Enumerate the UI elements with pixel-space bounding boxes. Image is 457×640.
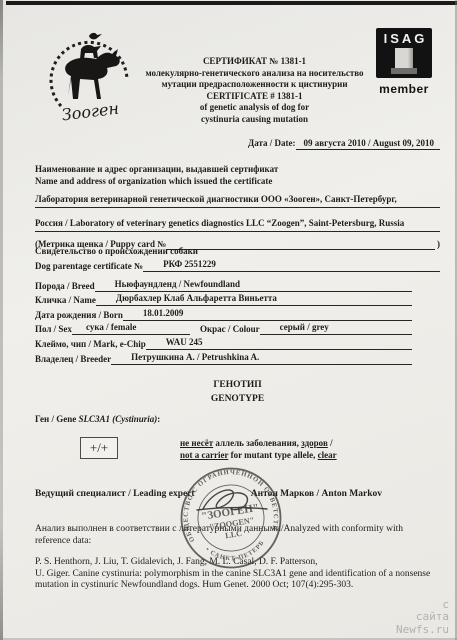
scan-edge-top: [6, 1, 457, 5]
result-en-underlined-2: clear: [318, 450, 337, 460]
sex-label: Пол / Sex: [35, 324, 72, 335]
parentage-label: Dog parentage certificate №: [35, 261, 143, 272]
zoogen-logo-icon: Зооген: [35, 20, 141, 124]
name-label: Кличка / Name: [35, 295, 96, 306]
parentage-value: РКФ 2551229: [143, 259, 440, 272]
parentage-heading-ru: Свидетельство о происхождении собаки: [35, 246, 440, 258]
genotype-result-row: +/+ не несёт аллель заболевания, здоров …: [35, 437, 440, 461]
colour-value: серый / grey: [260, 322, 412, 335]
horse-silhouette: [65, 49, 120, 99]
org-heading-en: Name and address of organization which i…: [35, 176, 440, 188]
isag-acronym: ISAG: [376, 31, 432, 46]
born-row: Дата рождения / Born 18.01.2009: [35, 306, 412, 321]
isag-badge-icon: ISAG: [376, 28, 432, 78]
organization-section: Наименование и адрес организации, выдавш…: [35, 164, 440, 250]
dog-info-section: Порода / Breed Ньюфаундленд / Newfoundla…: [35, 277, 412, 365]
breeder-row: Владелец / Breeder Петрушкина А. / Petru…: [35, 350, 412, 365]
date-value: 09 августа 2010 / August 09, 2010: [296, 138, 440, 150]
title-line-ru-1: СЕРТИФИКАТ № 1381-1: [141, 56, 368, 68]
bird-silhouette: [89, 33, 102, 40]
scan-edge-left: [0, 0, 3, 640]
genotype-heading-ru: ГЕНОТИП: [35, 380, 440, 390]
sex-value: сука / female: [72, 322, 190, 335]
date-label: Дата / Date:: [248, 138, 295, 150]
org-heading-ru: Наименование и адрес организации, выдавш…: [35, 164, 440, 176]
certificate-title: СЕРТИФИКАТ № 1381-1 молекулярно-генетиче…: [141, 56, 368, 125]
name-row: Кличка / Name Дюрбахлер Клаб Альфаретта …: [35, 292, 412, 307]
watermark-line-3: Newfs.ru: [396, 624, 449, 637]
sex-colour-row: Пол / Sex сука / female Окрас / Colour с…: [35, 321, 412, 336]
gene-line: Ген / Gene SLC3A1 (Cystinuria):: [35, 414, 440, 424]
stamp-center-line-3: LLC: [225, 529, 243, 541]
genotype-heading-en: GENOTYPE: [35, 394, 440, 404]
genotype-result-box: +/+: [80, 437, 118, 459]
parentage-section: Свидетельство о происхождении собаки Dog…: [35, 246, 440, 272]
name-value: Дюрбахлер Клаб Альфаретта Виньетта: [96, 293, 412, 306]
born-label: Дата рождения / Born: [35, 310, 123, 321]
certificate-header: Зооген СЕРТИФИКАТ № 1381-1 молекулярно-г…: [35, 20, 440, 125]
isag-badge-graphic: [395, 48, 413, 72]
title-line-en-3: cystinuria causing mutation: [141, 114, 368, 126]
colour-label: Окрас / Colour: [190, 324, 260, 335]
result-ru-tail: /: [328, 438, 333, 448]
signature-icon: [193, 483, 273, 517]
breed-row: Порода / Breed Ньюфаундленд / Newfoundla…: [35, 277, 412, 292]
certificate-page: Зооген СЕРТИФИКАТ № 1381-1 молекулярно-г…: [0, 0, 457, 640]
citation-line-3: mutation in cystinuric Newfoundland dogs…: [35, 580, 440, 592]
gene-label: Ген / Gene: [35, 414, 78, 424]
org-value-line-1: Лаборатория ветеринарной генетической ди…: [35, 194, 440, 208]
breeder-label: Владелец / Breeder: [35, 354, 111, 365]
zoogen-logo: Зооген: [35, 20, 141, 124]
born-value: 18.01.2009: [123, 308, 412, 321]
mark-label: Клеймо, чип / Mark, e-Chip: [35, 339, 146, 350]
title-line-ru-2: молекулярно-генетического анализа на нос…: [141, 68, 368, 80]
result-en-underlined-1: not a carrier: [180, 450, 228, 460]
dog-silhouette: [80, 45, 101, 59]
parentage-row: Dog parentage certificate № РКФ 2551229: [35, 259, 440, 272]
genotype-section: ГЕНОТИП GENOTYPE Ген / Gene SLC3A1 (Cyst…: [35, 380, 440, 461]
isag-member-badge: ISAG member: [368, 28, 440, 125]
title-line-ru-3: мутации предрасположенности к цистинурии: [141, 79, 368, 91]
date-row: Дата / Date: 09 августа 2010 / August 09…: [35, 138, 440, 150]
breed-value: Ньюфаундленд / Newfoundland: [95, 279, 412, 292]
result-ru-middle: аллель заболевания,: [213, 438, 301, 448]
stamp-icon: ОБЩЕСТВО С ОГРАНИЧЕННОЙ ОТВЕТСТВЕННОСТЬЮ…: [168, 455, 294, 581]
gene-colon: :: [157, 414, 160, 424]
breeder-value: Петрушкина А. / Petrushkina A.: [111, 352, 412, 365]
expert-signature: [193, 483, 273, 517]
org-value-line-2: Россия / Laboratory of veterinary geneti…: [35, 218, 440, 232]
result-ru-underlined-1: не несёт: [180, 438, 213, 448]
mark-row: Клеймо, чип / Mark, e-Chip WAU 245: [35, 335, 412, 350]
watermark-line-2: сайта: [396, 611, 449, 624]
breed-label: Порода / Breed: [35, 281, 95, 292]
result-line-ru: не несёт аллель заболевания, здоров /: [180, 437, 337, 449]
title-line-en-1: CERTIFICATE # 1381-1: [141, 91, 368, 103]
title-line-en-2: of genetic analysis of dog for: [141, 102, 368, 114]
site-watermark: с сайта Newfs.ru: [396, 599, 449, 637]
gene-name: SLC3A1 (Cystinuria): [78, 414, 157, 424]
mark-value: WAU 245: [146, 337, 412, 350]
zoogen-round-stamp: ОБЩЕСТВО С ОГРАНИЧЕННОЙ ОТВЕТСТВЕННОСТЬЮ…: [168, 455, 294, 581]
logo-script-text: Зооген: [61, 99, 120, 124]
result-ru-underlined-2: здоров: [301, 438, 328, 448]
isag-member-label: member: [368, 82, 440, 96]
